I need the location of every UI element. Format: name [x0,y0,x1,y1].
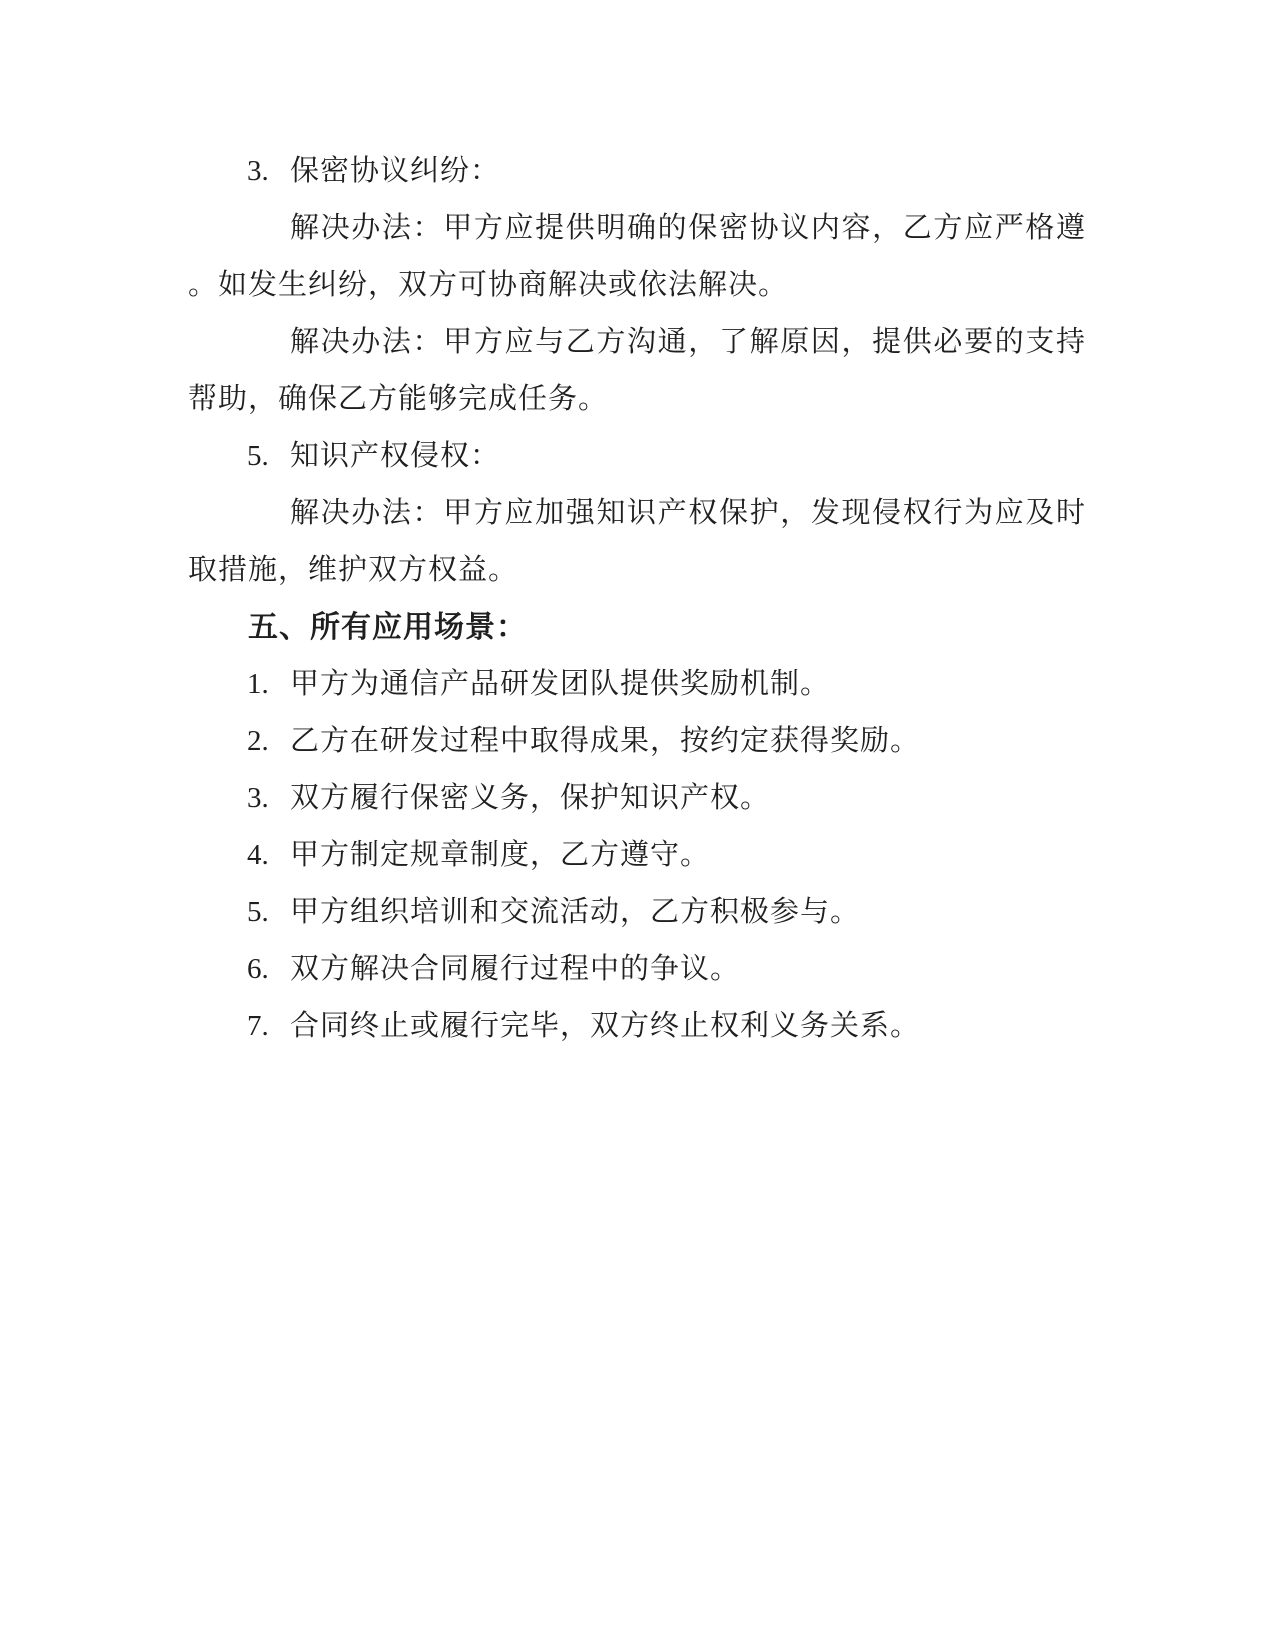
item-number: 1. [247,656,290,713]
item-number: 5. [247,884,290,941]
list-item-text: 双方履行保密义务，保护知识产权。 [290,782,770,814]
paragraph-continuation-line: 。如发生纠纷，双方可协商解决或依法解决。 [188,257,1086,314]
paragraph-first-line: 解决办法：甲方应提供明确的保密协议内容，乙方应严格遵守 [188,200,1086,257]
paragraph-continuation-line: 取措施，维护双方权益。 [188,542,1086,599]
item-number: 5. [247,428,290,485]
document-content: 3.保密协议纠纷： 解决办法：甲方应提供明确的保密协议内容，乙方应严格遵守 。如… [188,143,1086,1055]
paragraph-first-line: 解决办法：甲方应与乙方沟通，了解原因，提供必要的支持和 [188,314,1086,371]
list-item-line: 1.甲方为通信产品研发团队提供奖励机制。 [188,656,1086,713]
list-item-text: 甲方制定规章制度，乙方遵守。 [290,839,710,871]
paragraph-continuation-line: 帮助，确保乙方能够完成任务。 [188,371,1086,428]
item-number: 3. [247,143,290,200]
list-item-line: 3.保密协议纠纷： [188,143,1086,200]
list-item-line: 5.知识产权侵权： [188,428,1086,485]
list-item-text: 甲方组织培训和交流活动，乙方积极参与。 [290,896,860,928]
list-item-text: 甲方为通信产品研发团队提供奖励机制。 [290,668,830,700]
item-number: 2. [247,713,290,770]
list-item-text: 双方解决合同履行过程中的争议。 [290,953,740,985]
list-item-line: 3.双方履行保密义务，保护知识产权。 [188,770,1086,827]
list-item-text: 合同终止或履行完毕，双方终止权利义务关系。 [290,1010,920,1042]
item-number: 4. [247,827,290,884]
item-number: 6. [247,941,290,998]
list-item-line: 7.合同终止或履行完毕，双方终止权利义务关系。 [188,998,1086,1055]
list-item-line: 4.甲方制定规章制度，乙方遵守。 [188,827,1086,884]
list-item-text: 保密协议纠纷： [290,155,500,187]
document-page: 3.保密协议纠纷： 解决办法：甲方应提供明确的保密协议内容，乙方应严格遵守 。如… [0,0,1275,1650]
list-item-text: 知识产权侵权： [290,440,500,472]
item-number: 7. [247,998,290,1055]
paragraph-first-line: 解决办法：甲方应加强知识产权保护，发现侵权行为应及时采 [188,485,1086,542]
section-heading: 五、所有应用场景： [188,599,1086,656]
list-item-line: 6.双方解决合同履行过程中的争议。 [188,941,1086,998]
item-number: 3. [247,770,290,827]
list-item-line: 2.乙方在研发过程中取得成果，按约定获得奖励。 [188,713,1086,770]
list-item-text: 乙方在研发过程中取得成果，按约定获得奖励。 [290,725,920,757]
list-item-line: 5.甲方组织培训和交流活动，乙方积极参与。 [188,884,1086,941]
